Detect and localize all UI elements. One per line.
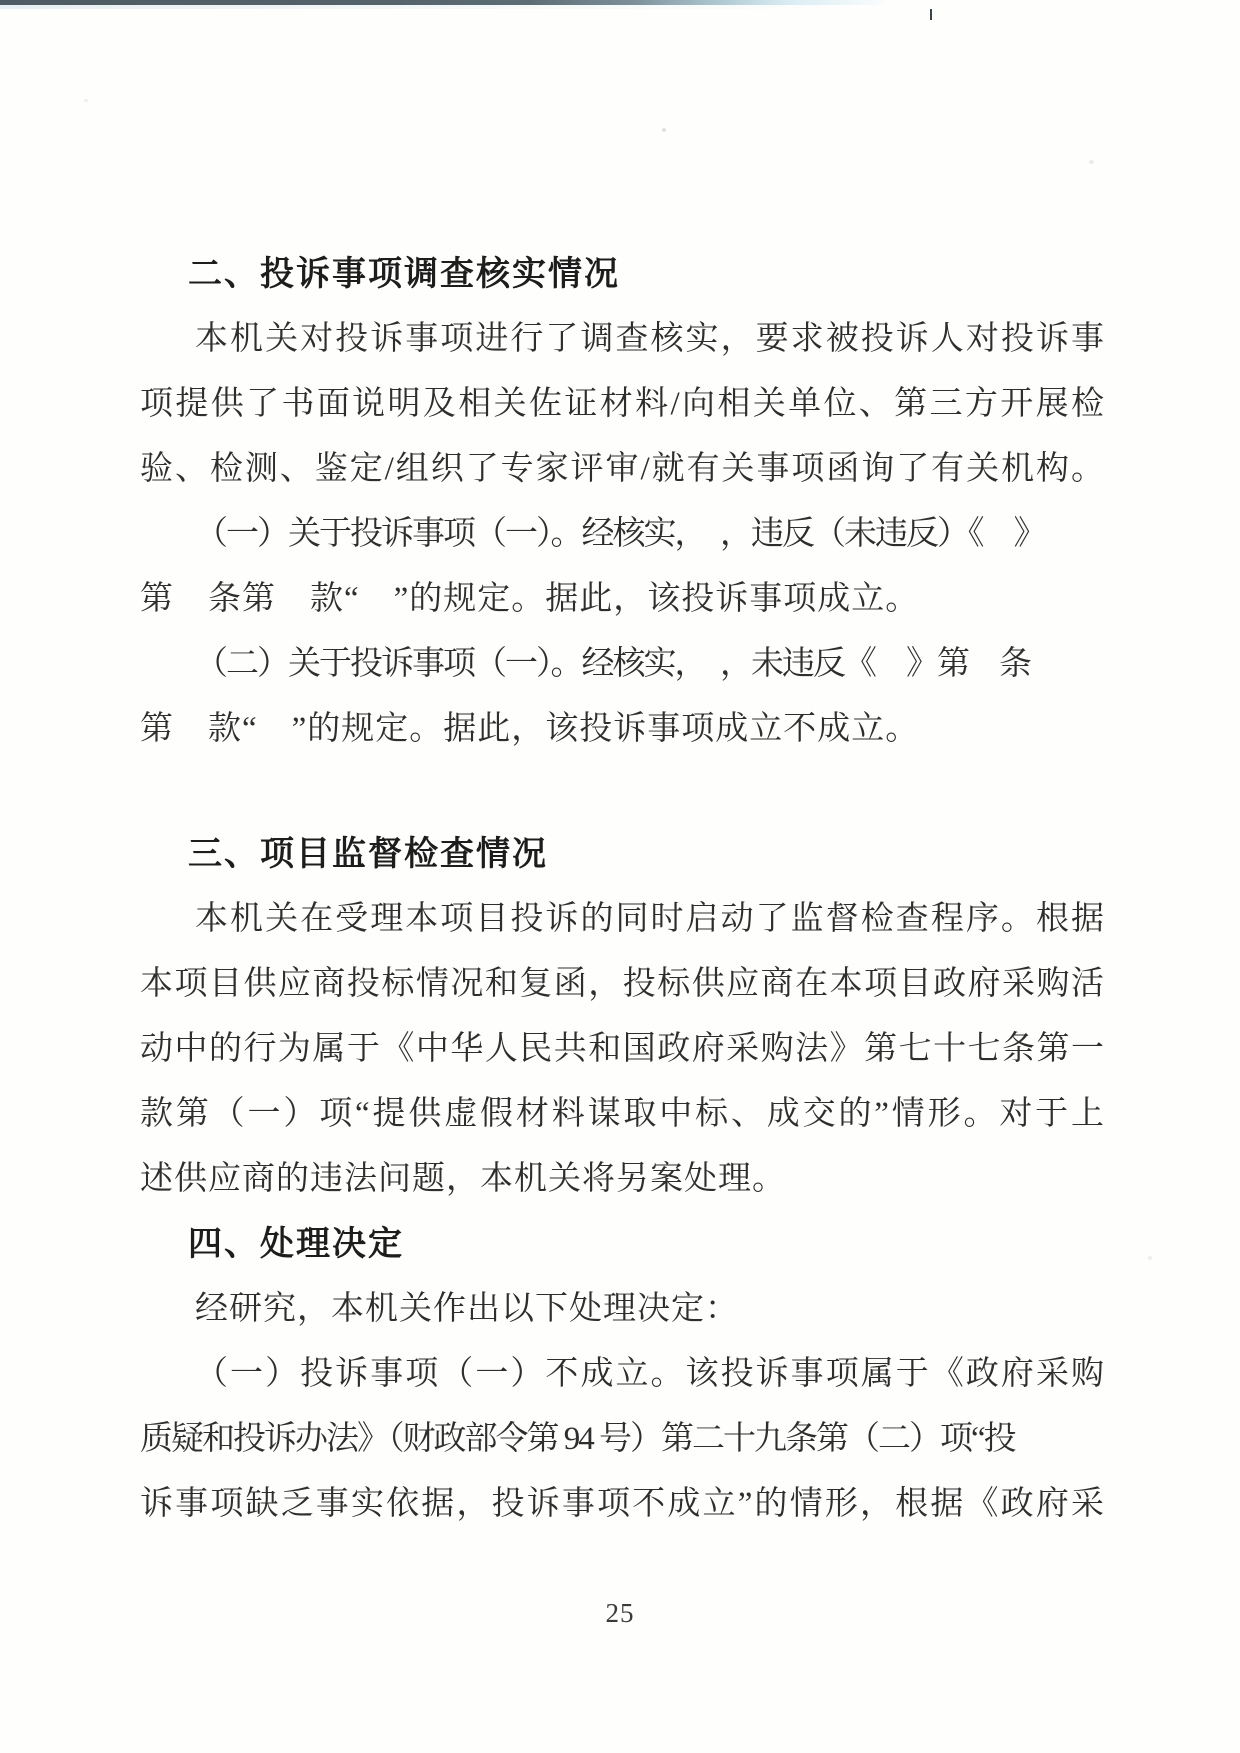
body-line: 验、检测、鉴定/组织了专家评审/就有关事项函询了有关机构。 bbox=[140, 437, 1105, 502]
section-supervision-heading: 三、项目监督检查情况 bbox=[140, 822, 1105, 887]
scan-speckle bbox=[84, 99, 88, 102]
section-investigation-heading: 二、投诉事项调查核实情况 bbox=[140, 242, 1105, 307]
body-line: 本机关在受理本项目投诉的同时启动了监督检查程序。根据 bbox=[140, 887, 1105, 952]
body-line: 本机关对投诉事项进行了调查核实，要求被投诉人对投诉事 bbox=[140, 307, 1105, 372]
scan-speckle bbox=[1089, 160, 1094, 164]
body-line: 款第（一）项“提供虚假材料谋取中标、成交的”情形。对于上 bbox=[140, 1082, 1105, 1147]
page-number: 25 bbox=[606, 1598, 635, 1628]
body-line: 第 款“ ”的规定。据此，该投诉事项成立不成立。 bbox=[140, 697, 1105, 762]
body-line: （一）投诉事项（一）不成立。该投诉事项属于《政府采购 bbox=[140, 1342, 1105, 1407]
scan-speckle bbox=[1148, 1256, 1152, 1260]
body-line: 本项目供应商投标情况和复函，投标供应商在本项目政府采购活 bbox=[140, 952, 1105, 1017]
body-line: （二）关于投诉事项（一）。经核实， ，未违反《 》第 条 bbox=[140, 632, 1105, 697]
section-decision-heading: 四、处理决定 bbox=[140, 1212, 1105, 1277]
body-line: 经研究，本机关作出以下处理决定： bbox=[140, 1277, 1105, 1342]
body-line: 项提供了书面说明及相关佐证材料/向相关单位、第三方开展检 bbox=[140, 372, 1105, 437]
body-line: 诉事项缺乏事实依据，投诉事项不成立”的情形，根据《政府采 bbox=[140, 1472, 1105, 1537]
section-gap bbox=[140, 762, 1105, 822]
scan-speckle bbox=[662, 128, 666, 132]
body-line: 质疑和投诉办法》（财政部令第 94 号）第二十九条第（二）项“投 bbox=[140, 1407, 1105, 1472]
scanned-document-page: 二、投诉事项调查核实情况 本机关对投诉事项进行了调查核实，要求被投诉人对投诉事 … bbox=[0, 0, 1240, 1753]
body-line: （一）关于投诉事项（一）。经核实， ，违反（未违反）《 》 bbox=[140, 502, 1105, 567]
body-line: 动中的行为属于《中华人民共和国政府采购法》第七十七条第一 bbox=[140, 1017, 1105, 1082]
body-line: 第 条第 款“ ”的规定。据此，该投诉事项成立。 bbox=[140, 567, 1105, 632]
document-body: 二、投诉事项调查核实情况 本机关对投诉事项进行了调查核实，要求被投诉人对投诉事 … bbox=[140, 242, 1105, 1537]
page-footer: 25 bbox=[0, 1598, 1240, 1629]
scan-tick-mark bbox=[930, 9, 932, 20]
body-line: 述供应商的违法问题，本机关将另案处理。 bbox=[140, 1147, 1105, 1212]
scan-edge-haze bbox=[0, 5, 900, 9]
